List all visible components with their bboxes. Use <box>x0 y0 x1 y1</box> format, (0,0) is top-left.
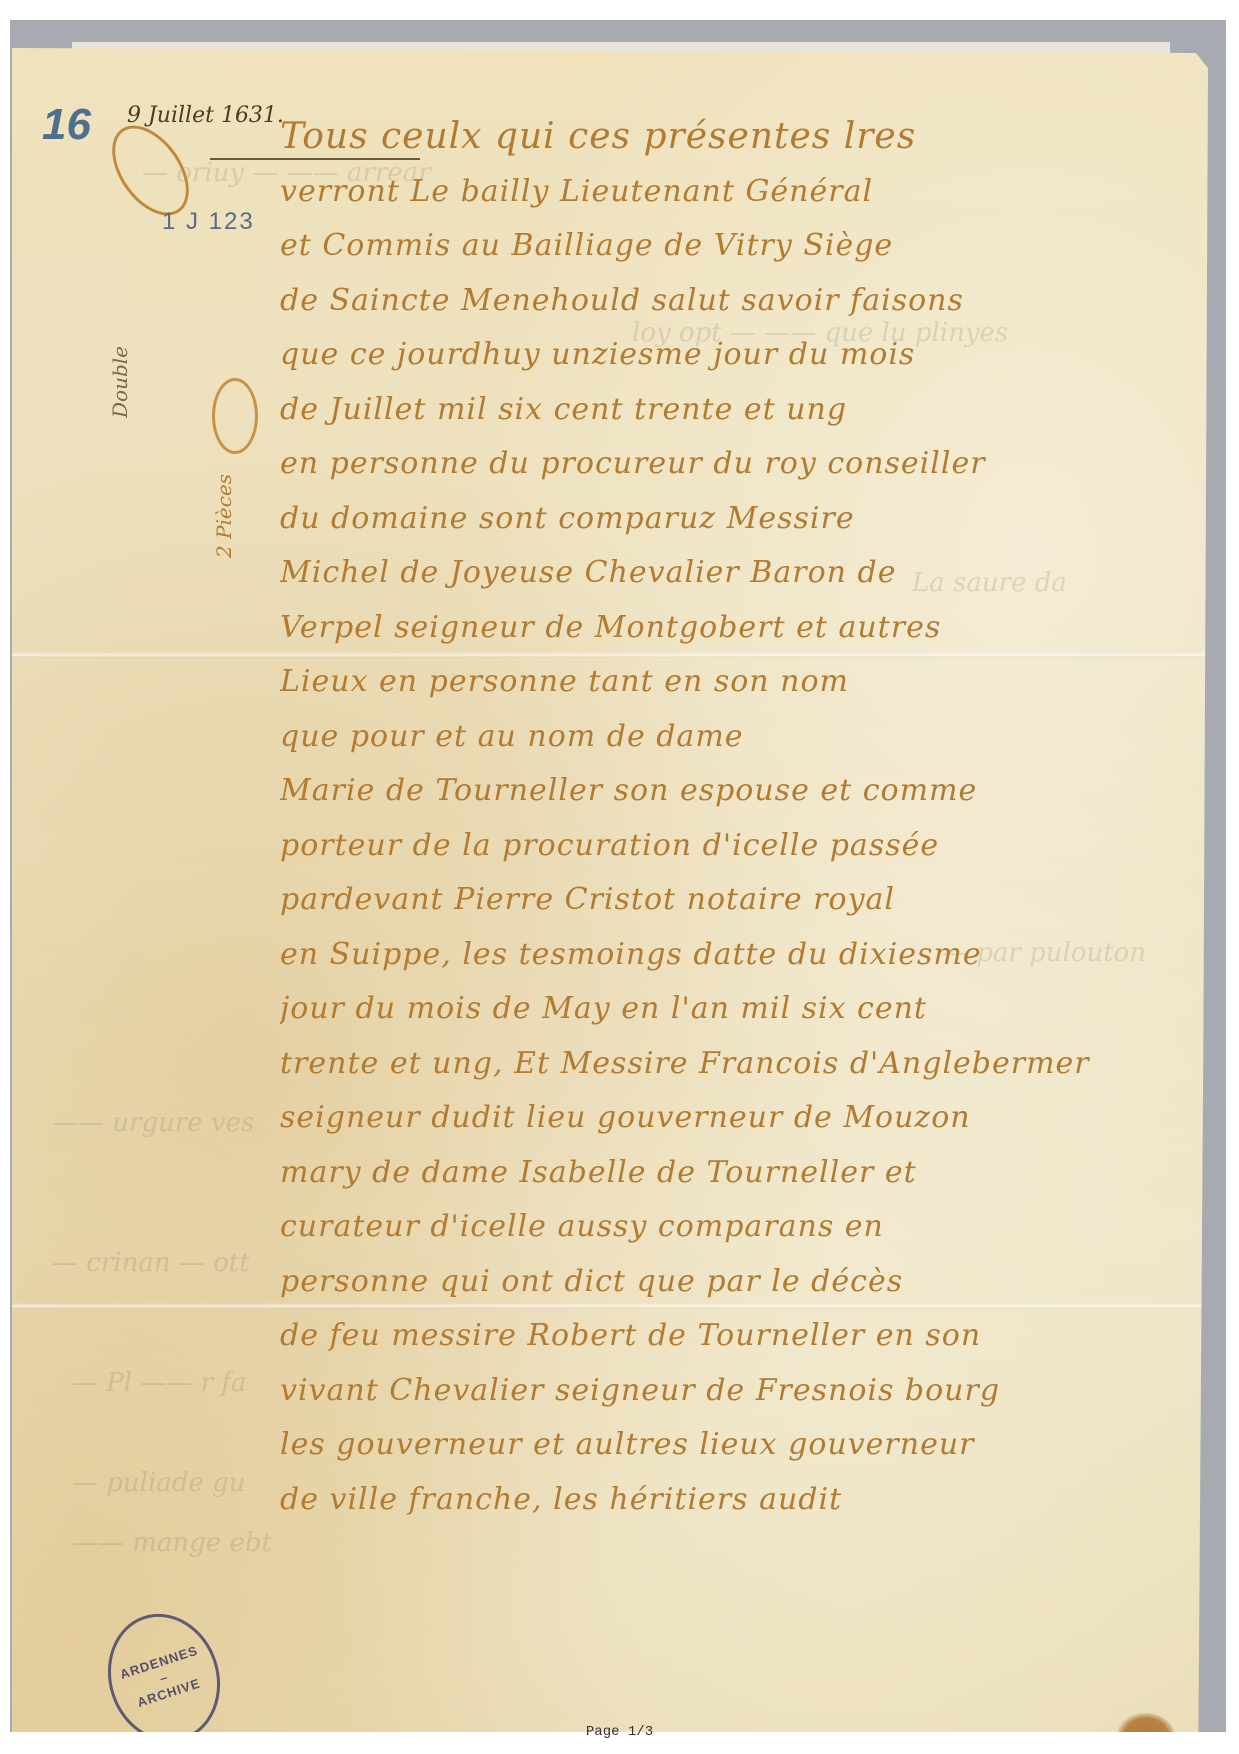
folio-number: 16 <box>42 100 91 150</box>
date-annotation: 9 Juillet 1631. <box>127 103 284 128</box>
bleed-through-text: —— urgure ves <box>52 1108 254 1138</box>
manuscript-line: curateur d'icelle aussy comparans en <box>280 1200 1160 1255</box>
manuscript-line: de Saincte Menehould salut savoir faison… <box>280 274 1160 329</box>
bleed-through-text: — crinan — ott <box>52 1248 250 1278</box>
margin-note-pieces: 2 Pièces <box>212 474 236 558</box>
manuscript-line: que pour et au nom de dame <box>280 710 1160 765</box>
manuscript-line: mary de dame Isabelle de Tourneller et <box>280 1146 1160 1201</box>
flourish-decoration <box>212 378 258 454</box>
manuscript-line: du domaine sont comparuz Messire <box>280 492 1160 547</box>
shelfmark: 1 J 123 <box>162 208 255 236</box>
manuscript-line: verront Le bailly Lieutenant Général <box>280 165 1160 220</box>
manuscript-line: en personne du procureur du roy conseill… <box>280 437 1160 492</box>
manuscript-line: jour du mois de May en l'an mil six cent <box>280 982 1160 1037</box>
margin-note-double: Double <box>108 346 132 418</box>
bleed-through-text: — Pl —— r fa <box>72 1368 246 1398</box>
manuscript-line: et Commis au Bailliage de Vitry Siège <box>280 219 1160 274</box>
manuscript-line: en Suippe, les tesmoings datte du dixies… <box>280 928 1160 983</box>
manuscript-line: que ce jourdhuy unziesme jour du mois <box>280 328 1160 383</box>
manuscript-line: de feu messire Robert de Tourneller en s… <box>280 1309 1160 1364</box>
manuscript-line: porteur de la procuration d'icelle passé… <box>280 819 1160 874</box>
manuscript-line: de Juillet mil six cent trente et ung <box>280 383 1160 438</box>
scanned-document-image: — oriuy — —— arrear loy opt — —— que lu … <box>10 20 1226 1732</box>
bleed-through-text: — puliade gu <box>72 1468 245 1498</box>
manuscript-line: seigneur dudit lieu gouverneur de Mouzon <box>280 1091 1160 1146</box>
manuscript-line: trente et ung, Et Messire Francois d'Ang… <box>280 1037 1160 1092</box>
manuscript-body: Tous ceulx qui ces présentes lres verron… <box>280 110 1160 1527</box>
manuscript-line: pardevant Pierre Cristot notaire royal <box>280 873 1160 928</box>
manuscript-line: Lieux en personne tant en son nom <box>280 655 1160 710</box>
bleed-through-text: —— mange ebt <box>72 1528 272 1558</box>
manuscript-line: les gouverneur et aultres lieux gouverne… <box>280 1418 1160 1473</box>
manuscript-line: Tous ceulx qui ces présentes lres <box>280 110 1160 165</box>
page-indicator: Page 1/3 <box>0 1724 1239 1740</box>
manuscript-line: Michel de Joyeuse Chevalier Baron de <box>280 546 1160 601</box>
parchment-page: — oriuy — —— arrear loy opt — —— que lu … <box>12 48 1208 1732</box>
manuscript-line: Marie de Tourneller son espouse et comme <box>280 764 1160 819</box>
manuscript-line: personne qui ont dict que par le décès <box>280 1255 1160 1310</box>
manuscript-line: Verpel seigneur de Montgobert et autres <box>280 601 1160 656</box>
manuscript-line: de ville franche, les héritiers audit <box>280 1473 1160 1528</box>
manuscript-line: vivant Chevalier seigneur de Fresnois bo… <box>280 1364 1160 1419</box>
